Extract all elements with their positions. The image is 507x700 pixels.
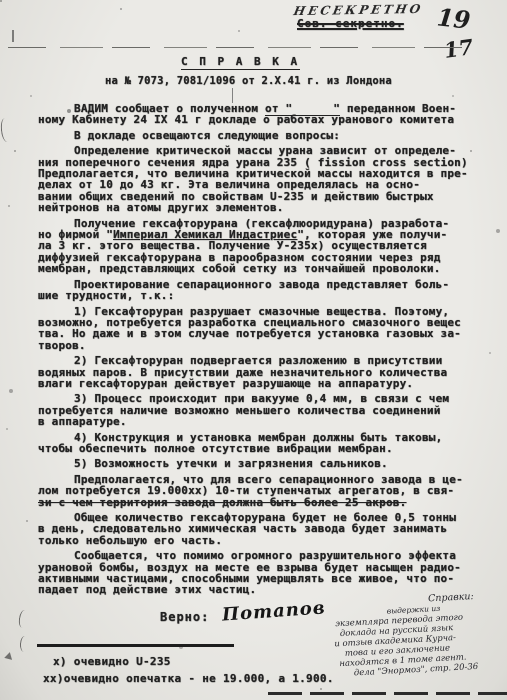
handwritten-sheet-number-top: 19 xyxy=(436,2,472,34)
scan-mark-tick xyxy=(12,30,14,42)
list-item-5: 5) Возможность утечки и загрязнения саль… xyxy=(38,458,487,469)
paragraph-hexafluoride: Получение гексафторурана (гексафлюоридур… xyxy=(38,218,487,275)
footnote-2: хх)очевидно опечатка - не 19.000, а 1.90… xyxy=(43,672,334,685)
bottom-edge-line xyxy=(268,692,507,695)
handwritten-declassified-stamp: НЕСЕКРЕТНО xyxy=(292,2,424,18)
scan-mark-arc xyxy=(19,636,29,653)
paragraph-aggregates: Предполагается, что для всего сепарацион… xyxy=(38,474,487,508)
handwritten-sheet-number-bottom: 17 xyxy=(442,34,474,63)
scan-speckles xyxy=(0,0,2,2)
paragraph-bomb-effect: Сообщается, что помимо огромного разруши… xyxy=(38,550,487,596)
top-horizontal-rule xyxy=(8,47,474,48)
certified-label: Верно: xyxy=(160,610,209,624)
list-item-4: 4) Конструкция и установка мембран должн… xyxy=(38,432,487,455)
scan-mark-triangle xyxy=(4,651,13,660)
stray-pen-tick xyxy=(232,88,233,103)
paragraph-aggregates-pre: Предполагается, что для всего сепарацион… xyxy=(38,473,463,497)
document-title: С П Р А В К А xyxy=(181,55,300,70)
paragraph-intro: ВАДИМ сообщает о полученном от " " перед… xyxy=(38,103,487,126)
paragraph-plant-difficulties: Проектирование сепарационного завода пре… xyxy=(38,279,487,302)
document-body: ВАДИМ сообщает о полученном от " " перед… xyxy=(38,103,487,600)
list-item-1: 1) Гексафторуран разрушает смазочные вещ… xyxy=(38,306,487,352)
signature: Потапов xyxy=(221,597,326,625)
list-item-2: 2) Гексафторуран подвергается разложению… xyxy=(38,355,487,389)
scan-mark-arc xyxy=(0,118,12,143)
list-item-3: 3) Процесс происходит при вакууме 0,4 мм… xyxy=(38,393,487,427)
footnote-separator-rule xyxy=(37,644,234,647)
crossed-out-secrecy-stamp: Сов. секретно. xyxy=(297,17,404,30)
footnote-1: х) очевидно U-235 xyxy=(53,655,171,668)
paragraph-questions: В докладе освещаются следующие вопросы: xyxy=(38,130,487,141)
paragraph-daily-output: Общее количество гексафторурана будет не… xyxy=(38,512,487,546)
paragraph-aggregates-struck: зи с чем территория завода должна быть б… xyxy=(38,496,406,509)
paragraph-critical-mass: Определение критической массы урана зави… xyxy=(38,145,487,213)
scan-mark-arc xyxy=(18,609,29,628)
document-subtitle: на № 7073, 7081/1096 от 2.X.41 г. из Лон… xyxy=(105,75,392,87)
scanned-document-page: НЕСЕКРЕТНО Сов. секретно. 19 17 С П Р А … xyxy=(0,0,507,700)
handwritten-margin-note: Справки: выдержки из экземпляра перевода… xyxy=(328,590,507,679)
